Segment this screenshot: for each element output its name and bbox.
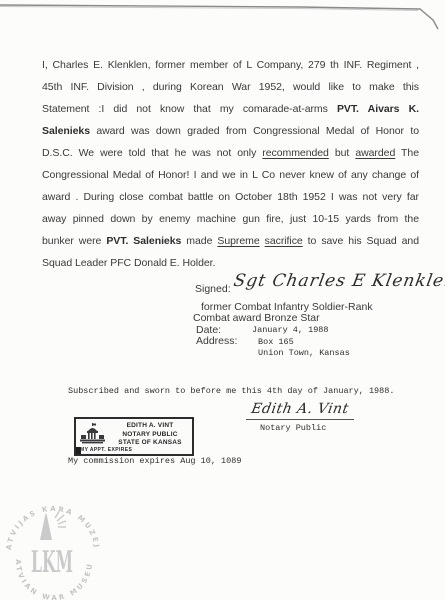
statement-line: award . During close combat battle on Oc… <box>42 186 419 208</box>
capitol-building-icon <box>79 423 106 445</box>
signature-klenklen: Sgt Charles E Klenklen <box>232 271 445 291</box>
notary-signature-line: Edith A. Vint <box>246 398 354 420</box>
museum-castle-monogram: LKM <box>31 510 73 580</box>
statement-line: Salenieks award was down graded from Con… <box>42 120 419 142</box>
date-value: January 4, 1988 <box>252 325 329 335</box>
signed-label: Signed: <box>195 283 231 295</box>
commission-expiry-line: My commission expires Aug 10, 1089 <box>68 456 241 466</box>
stamp-notary-title: NOTARY PUBLIC <box>108 431 192 440</box>
statement-line: bunker were PVT. Salenieks made Supreme … <box>42 230 419 252</box>
notary-public-label: Notary Public <box>260 423 326 433</box>
latvian-war-museum-watermark: LATVIJAS KARA MUZEJS LATVIAN WAR MUSEUM … <box>0 496 104 600</box>
watermark-arc-top-text: LATVIJAS KARA MUZEJS <box>0 496 101 551</box>
statement-line: Congressional Medal of Honor! I and we i… <box>42 164 419 186</box>
address-line-2: Union Town, Kansas <box>258 348 350 358</box>
statement-line: away pinned down by enemy machine gun fi… <box>42 208 419 230</box>
notary-stamp: EDITH A. VINT NOTARY PUBLIC STATE OF KAN… <box>74 417 194 456</box>
statement-line: I, Charles E. Klenklen, former member of… <box>42 54 419 76</box>
statement-text: I, Charles E. Klenklen, former member of… <box>42 54 419 274</box>
address-line-1: Box 165 <box>258 337 294 347</box>
signature-vint: Edith A. Vint <box>250 401 350 417</box>
scanned-document-page: I, Charles E. Klenklen, former member of… <box>0 0 445 600</box>
statement-line: D.S.C. We were told that he was not only… <box>42 142 419 164</box>
scan-edge-artifact <box>0 0 445 40</box>
stamp-expires-label: MY APPT. EXPIRES <box>80 447 132 453</box>
statement-line: Statement :I did not know that my comara… <box>42 98 419 120</box>
award-line: Combat award Bronze Star <box>193 312 320 324</box>
stamp-notary-name: EDITH A. VINT <box>108 422 192 431</box>
address-label: Address: <box>196 335 237 347</box>
watermark-monogram-text: LKM <box>31 545 73 580</box>
statement-line: 45th INF. Division , during Korean War 1… <box>42 76 419 98</box>
sworn-statement-line: Subscribed and sworn to before me this 4… <box>68 386 394 396</box>
